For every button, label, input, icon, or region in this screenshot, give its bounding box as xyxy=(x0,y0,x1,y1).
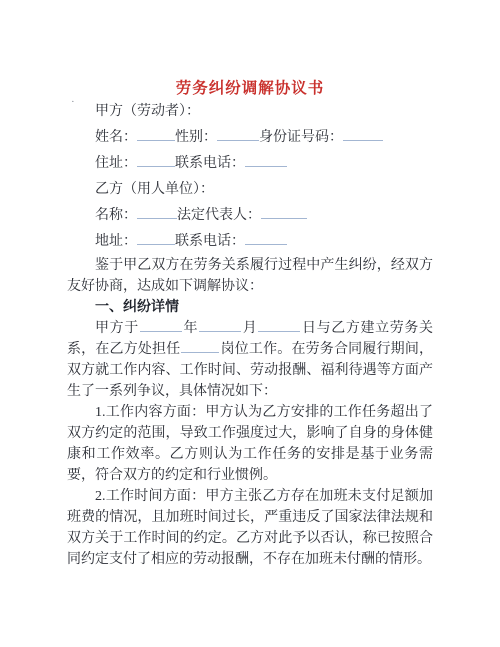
party-a-heading-row: 甲方（劳动者）： xyxy=(67,99,433,125)
legal-rep-blank-line xyxy=(261,205,307,219)
party-b-contact-row: 地址：联系电话： xyxy=(67,229,433,255)
legal-rep-label: 法定代表人： xyxy=(177,208,261,223)
document-page: 劳务纠纷调解协议书 · 甲方（劳动者）： 姓名：性别：身份证号码： 住址：联系电… xyxy=(0,0,500,647)
address-a-label: 住址： xyxy=(95,156,137,171)
id-number-label: 身份证号码： xyxy=(259,130,343,145)
position-blank-line xyxy=(181,339,219,353)
section1-heading: 一、纠纷详情 xyxy=(67,297,433,318)
work-content-paragraph: 1.工作内容方面：甲方认为乙方安排的工作任务超出了双方约定的范围，导致工作强度过… xyxy=(67,402,433,486)
address-b-label: 地址： xyxy=(95,234,137,249)
gender-blank-line xyxy=(217,127,259,141)
intro-paragraph: 鉴于甲乙双方在劳务关系履行过程中产生纠纷，经双方友好协商，达成如下调解协议： xyxy=(67,255,433,297)
party-a-heading: 甲方（劳动者）： xyxy=(95,104,200,119)
id-number-blank-line xyxy=(343,127,383,141)
party-b-heading-row: 乙方（用人单位）： xyxy=(67,177,433,203)
dispute-overview-paragraph: 甲方于年月日与乙方建立劳务关系，在乙方处担任岗位工作。在劳务合同履行期间，双方就… xyxy=(67,318,433,402)
address-a-blank-line xyxy=(137,153,175,167)
phone-b-blank-line xyxy=(245,231,287,245)
address-b-blank-line xyxy=(137,231,175,245)
name-blank-line xyxy=(137,127,175,141)
year-label: 年 xyxy=(183,321,198,336)
company-name-label: 名称： xyxy=(95,208,137,223)
party-b-heading: 乙方（用人单位）： xyxy=(95,182,214,197)
work-hours-paragraph: 2.工作时间方面：甲方主张乙方存在加班未支付足额加班费的情况，且加班时间过长，严… xyxy=(67,486,433,570)
stray-mark: · xyxy=(71,97,75,108)
company-name-blank-line xyxy=(137,205,177,219)
year-blank-line xyxy=(140,318,182,332)
phone-a-label: 联系电话： xyxy=(175,156,245,171)
party-b-identity-row: 名称：法定代表人： xyxy=(67,203,433,229)
gender-label: 性别： xyxy=(175,130,217,145)
phone-a-blank-line xyxy=(245,153,287,167)
dispute-overview-text-1: 甲方于 xyxy=(95,321,139,336)
phone-b-label: 联系电话： xyxy=(175,234,245,249)
party-a-contact-row: 住址：联系电话： xyxy=(67,151,433,177)
party-a-identity-row: 姓名：性别：身份证号码： xyxy=(67,125,433,151)
name-label: 姓名： xyxy=(95,130,137,145)
month-label: 月 xyxy=(242,321,257,336)
document-title: 劳务纠纷调解协议书 xyxy=(67,78,433,99)
day-blank-line xyxy=(258,318,300,332)
month-blank-line xyxy=(199,318,241,332)
